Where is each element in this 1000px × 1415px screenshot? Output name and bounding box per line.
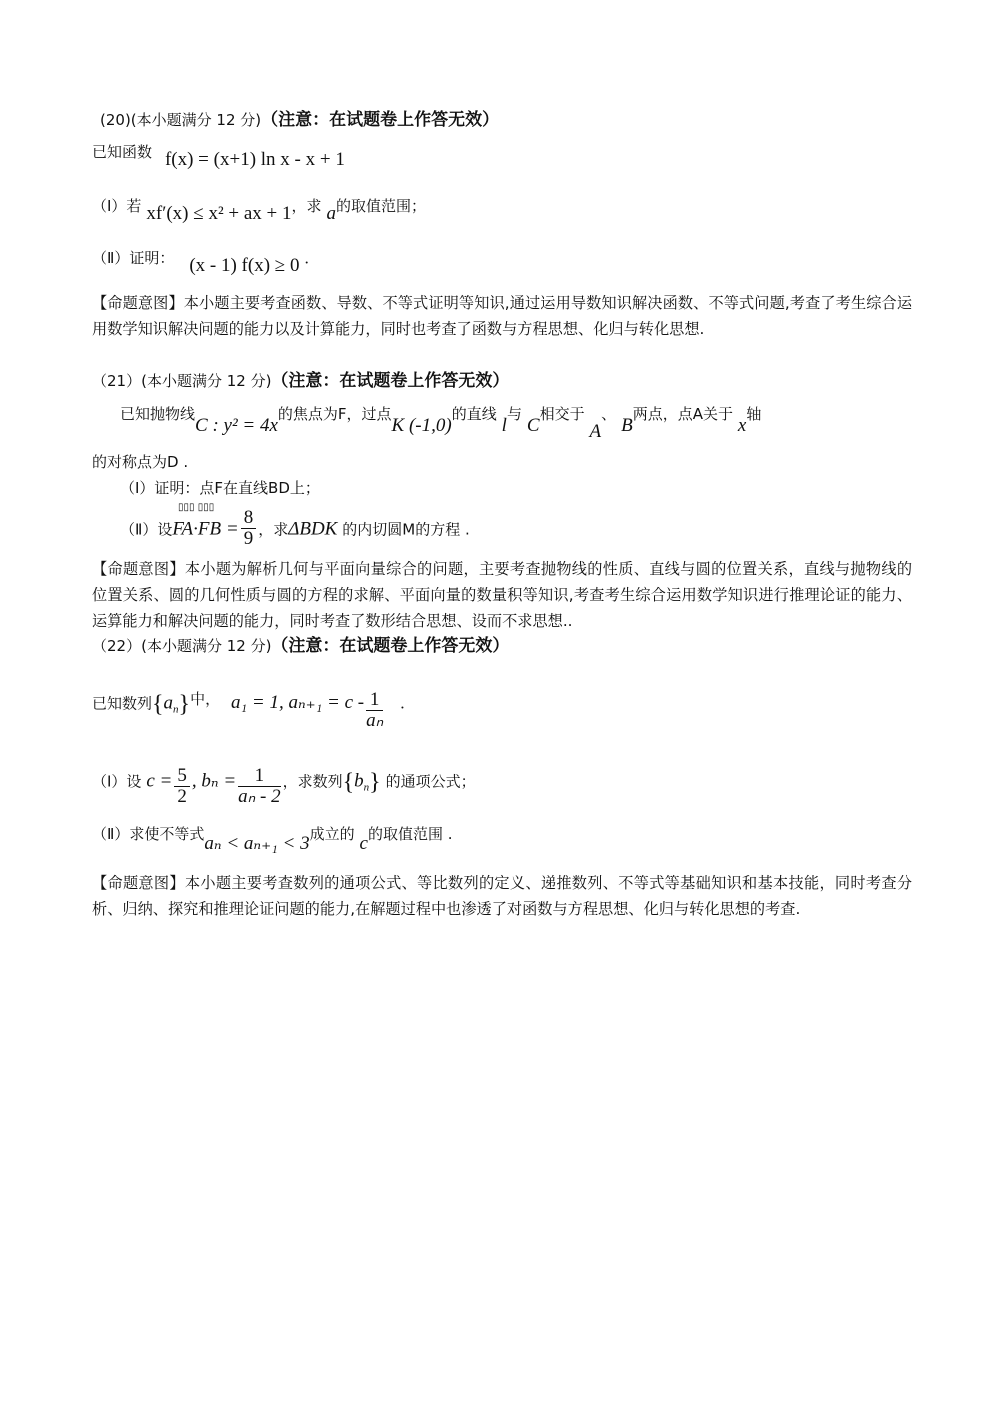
q21-line-l: l bbox=[502, 415, 507, 436]
frac-den: aₙ - 2 bbox=[238, 787, 280, 807]
q22-given-tail: ． bbox=[400, 694, 415, 712]
q21-intent-text: 本小题为解析几何与平面向量综合的问题，主要考查抛物线的性质、直线与圆的位置关系，… bbox=[92, 560, 912, 630]
q21-header-num: （21）(本小题满分 12 分) bbox=[92, 372, 271, 390]
q20-given-label: 已知函数 bbox=[92, 143, 152, 161]
q22-part2-formula: aₙ < aₙ₊₁ < 3 bbox=[204, 833, 309, 854]
q22-part1-mid: ，求数列 bbox=[283, 772, 343, 790]
q22-part2: （Ⅱ）求使不等式aₙ < aₙ₊₁ < 3成立的 c的取值范围 . bbox=[92, 824, 453, 843]
q20-part1: （Ⅰ）若 xf′(x) ≤ x² + ax + 1，求 a的取值范围； bbox=[92, 196, 426, 215]
q21-given-text: 的焦点为F，过点 bbox=[278, 405, 392, 423]
frac-den: aₙ bbox=[366, 711, 383, 731]
frac-num: 1 bbox=[366, 690, 383, 711]
q22-seq-a: a bbox=[164, 692, 174, 713]
q21-intent-label: 【命题意图】 bbox=[92, 560, 185, 578]
q20-header-note: （注意：在试题卷上作答无效） bbox=[261, 110, 499, 130]
left-brace: { bbox=[152, 691, 164, 717]
q20-intent-text: 本小题主要考查函数、导数、不等式证明等知识,通过运用导数知识解决函数、不等式问题… bbox=[92, 294, 912, 338]
q20-part2-formula: (x - 1) f(x) ≥ 0 bbox=[189, 255, 299, 276]
q21-curve-c: C bbox=[527, 415, 540, 436]
q22-given-frac: 1aₙ bbox=[366, 690, 383, 731]
q20-header: (20)(本小题满分 12 分)（注意：在试题卷上作答无效） bbox=[100, 112, 499, 129]
q22-header: （22）(本小题满分 12 分)（注意：在试题卷上作答无效） bbox=[92, 638, 509, 655]
left-brace: { bbox=[343, 769, 355, 795]
q21-part2-frac: 89 bbox=[241, 508, 257, 549]
q22-given-formula: a₁ = 1, aₙ₊₁ = c - bbox=[231, 692, 364, 713]
q22-given-text: 中， bbox=[190, 690, 220, 708]
q22-part2-var: c bbox=[360, 833, 368, 854]
q22-given-text: 已知数列 bbox=[92, 694, 152, 712]
q21-curve: C : y² = 4x bbox=[195, 415, 278, 436]
frac-num: 8 bbox=[241, 508, 257, 529]
q22-part1-label: （Ⅰ）设 bbox=[92, 772, 141, 790]
q21-axis-x: x bbox=[738, 415, 746, 436]
q22-intent-label: 【命题意图】 bbox=[92, 874, 185, 892]
q22-header-num: （22）(本小题满分 12 分) bbox=[92, 637, 271, 655]
q20-part1-var: a bbox=[326, 203, 336, 224]
frac-num: 1 bbox=[238, 766, 280, 787]
q22-part1-c: c = bbox=[146, 770, 172, 791]
q22-part1-tail: 的通项公式； bbox=[386, 772, 476, 790]
q20-given: 已知函数 f(x) = (x+1) ln x - x + 1 bbox=[92, 142, 345, 161]
frac-den: 2 bbox=[174, 787, 190, 807]
q22-part1-c-frac: 52 bbox=[174, 766, 190, 807]
right-brace: } bbox=[369, 769, 381, 795]
q21-point-a: A bbox=[590, 421, 602, 442]
q20-part1-mid: ，求 bbox=[292, 197, 322, 215]
q21-header: （21）(本小题满分 12 分)（注意：在试题卷上作答无效） bbox=[92, 373, 509, 390]
q22-part2-label: （Ⅱ）求使不等式 bbox=[92, 825, 204, 843]
q21-given-text: 、 bbox=[601, 405, 616, 423]
q21-given-text: 两点，点A关于 bbox=[633, 405, 733, 423]
frac-num: 5 bbox=[174, 766, 190, 787]
q22-part1-b: , bₙ = bbox=[192, 770, 236, 791]
q20-intent: 【命题意图】本小题主要考查函数、导数、不等式证明等知识,通过运用导数知识解决函数… bbox=[92, 290, 912, 342]
frac-den: 9 bbox=[241, 529, 257, 549]
q21-given-text: 相交于 bbox=[540, 405, 585, 423]
q21-part2-tail: 的内切圆M的方程 . bbox=[342, 520, 469, 538]
q22-part2-mid: 成立的 bbox=[310, 825, 355, 843]
q21-header-note: （注意：在试题卷上作答无效） bbox=[271, 371, 509, 391]
q20-given-formula: f(x) = (x+1) ln x - x + 1 bbox=[165, 149, 345, 170]
q22-part2-tail: 的取值范围 . bbox=[368, 825, 453, 843]
q20-part2: （Ⅱ）证明： (x - 1) f(x) ≥ 0 ． bbox=[92, 248, 319, 267]
q22-seq-b: b bbox=[354, 770, 364, 791]
q20-part2-label: （Ⅱ）证明： bbox=[92, 249, 174, 267]
q21-given-text: 已知抛物线 bbox=[120, 405, 195, 423]
q22-intent: 【命题意图】本小题主要考查数列的通项公式、等比数列的定义、递推数列、不等式等基础… bbox=[92, 870, 912, 922]
q22-given: 已知数列{an}中， a₁ = 1, aₙ₊₁ = c -1aₙ ． bbox=[92, 684, 415, 725]
q21-part2-mid: ，求 bbox=[258, 520, 288, 538]
q22-part1-b-frac: 1aₙ - 2 bbox=[238, 766, 280, 807]
q20-part1-label: （Ⅰ）若 bbox=[92, 197, 141, 215]
q22-intent-text: 本小题主要考查数列的通项公式、等比数列的定义、递推数列、不等式等基础知识和基本技… bbox=[92, 874, 912, 918]
q21-point-k: K (-1,0) bbox=[392, 415, 452, 436]
q21-part1: （Ⅰ）证明：点F在直线BD上； bbox=[120, 481, 320, 496]
q21-point-b: B bbox=[621, 415, 633, 436]
q21-part2-label: （Ⅱ）设 bbox=[120, 520, 172, 538]
q22-part1: （Ⅰ）设 c =52, bₙ =1aₙ - 2，求数列{bn} 的通项公式； bbox=[92, 762, 476, 803]
q20-header-num: (20)(本小题满分 12 分) bbox=[100, 111, 261, 129]
right-brace: } bbox=[179, 691, 191, 717]
q21-given-line2: 的对称点为D . bbox=[92, 455, 188, 470]
q21-intent: 【命题意图】本小题为解析几何与平面向量综合的问题，主要考查抛物线的性质、直线与圆… bbox=[92, 556, 912, 634]
q21-part2-vec: FA·FB = bbox=[172, 518, 238, 539]
q21-part2: （Ⅱ）设FA·FB =89，求ΔBDK 的内切圆M的方程 . bbox=[120, 510, 470, 551]
q20-part1-formula: xf′(x) ≤ x² + ax + 1 bbox=[146, 203, 291, 224]
q21-part2-triangle: ΔBDK bbox=[288, 518, 337, 539]
q20-part2-tail: ． bbox=[304, 249, 319, 267]
q20-part1-tail: 的取值范围； bbox=[336, 197, 426, 215]
q22-header-note: （注意：在试题卷上作答无效） bbox=[271, 636, 509, 656]
q21-given-text: 与 bbox=[507, 405, 522, 423]
q21-given-text: 的直线 bbox=[452, 405, 497, 423]
q21-given: 已知抛物线C : y² = 4x的焦点为F，过点K (-1,0)的直线 l与 C… bbox=[120, 404, 761, 423]
q21-given-text: 轴 bbox=[746, 405, 761, 423]
q20-intent-label: 【命题意图】 bbox=[92, 294, 184, 312]
